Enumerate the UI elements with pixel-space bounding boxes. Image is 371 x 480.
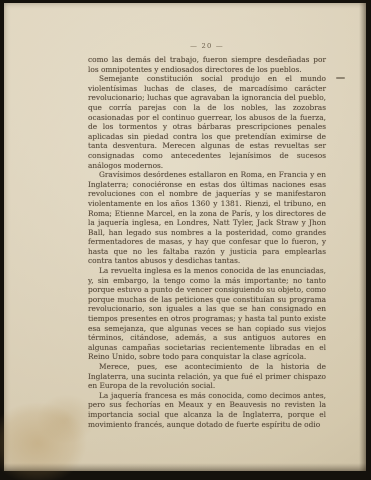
body-text: como las demás del trabajo, fueron siemp…	[88, 55, 326, 429]
paragraph: Semejante constitución social produjo en…	[88, 74, 326, 170]
paragraph: como las demás del trabajo, fueron siemp…	[88, 55, 326, 74]
paragraph: La jaquería francesa es más conocida, co…	[88, 391, 326, 429]
paragraph: Gravísimos desórdenes estallaron en Roma…	[88, 170, 326, 266]
page-edge-shadow	[4, 463, 366, 471]
pencil-margin-mark	[336, 77, 345, 79]
paragraph: La revuelta inglesa es la menos conocida…	[88, 266, 326, 362]
page-number: — 20 —	[88, 42, 326, 50]
scanned-book-page: — 20 — como las demás del trabajo, fuero…	[0, 0, 371, 480]
page-edge-shadow	[359, 3, 366, 471]
paragraph: Merece, pues, ese acontecimiento de la h…	[88, 362, 326, 391]
paper-sheet: — 20 — como las demás del trabajo, fuero…	[4, 3, 366, 471]
